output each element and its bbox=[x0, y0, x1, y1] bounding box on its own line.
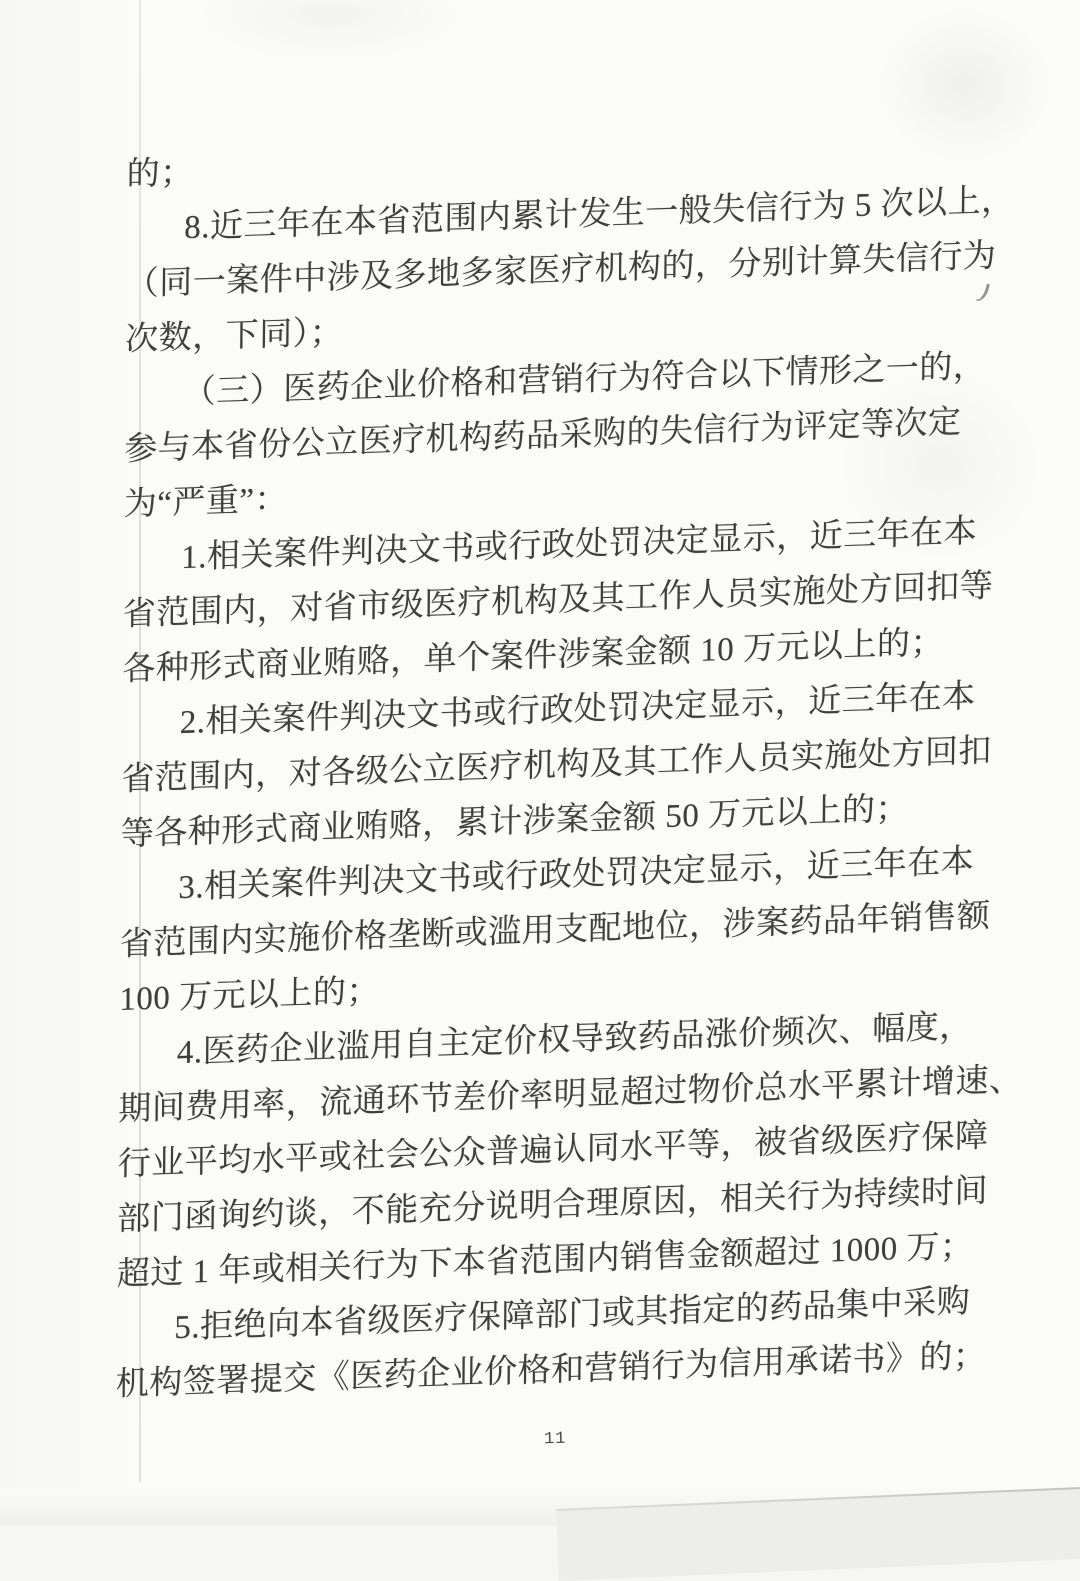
document-text: 的；8.近三年在本省范围内累计发生一般失信行为 5 次以上，（同一案件中涉及多地… bbox=[116, 121, 947, 1413]
scanned-document-page: 的；8.近三年在本省范围内累计发生一般失信行为 5 次以上，（同一案件中涉及多地… bbox=[0, 0, 1080, 1526]
scan-smudge bbox=[200, 0, 460, 60]
page-number: 11 bbox=[544, 1430, 567, 1449]
ink-mark bbox=[976, 282, 990, 303]
